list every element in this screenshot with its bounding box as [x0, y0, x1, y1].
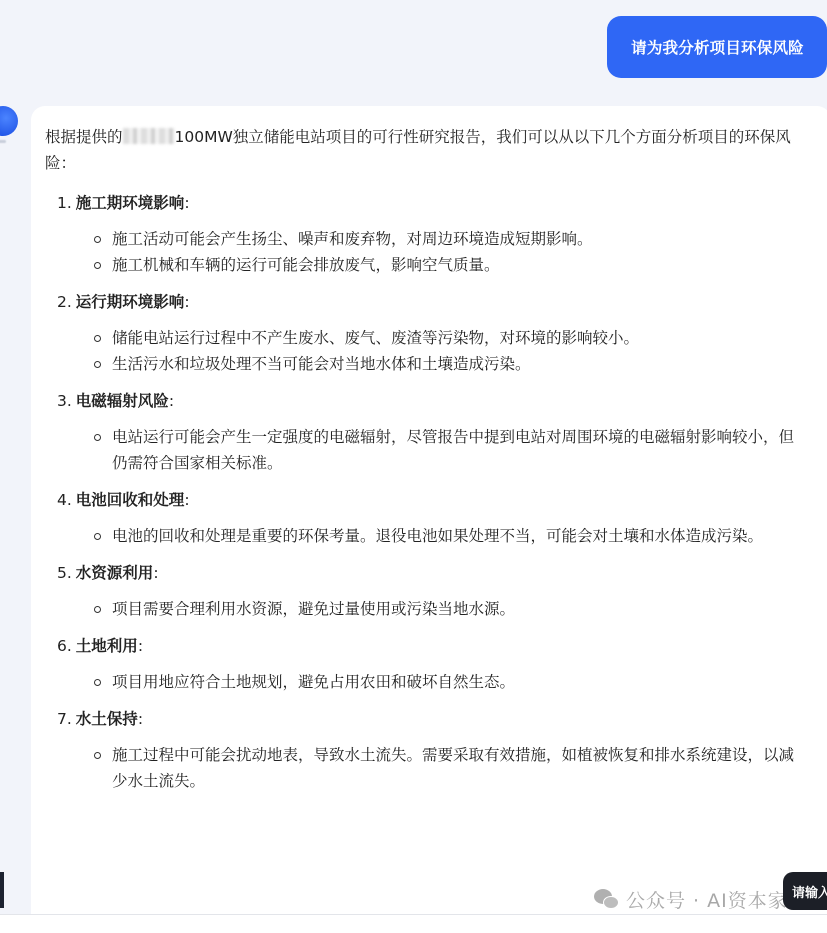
section-heading: 2.运行期环境影响: [45, 289, 809, 315]
watermark-text: 公众号 · AI资本家 [626, 886, 788, 913]
section-colon: : [138, 637, 143, 655]
section-number: 7. [57, 710, 72, 728]
risk-section: 1.施工期环境影响: 施工活动可能会产生扬尘、噪声和废弃物，对周边环境造成短期影… [45, 190, 809, 278]
section-number: 4. [57, 491, 72, 509]
bullet-item: 施工过程中可能会扰动地表，导致水土流失。需要采取有效措施，如植被恢复和排水系统建… [94, 742, 809, 794]
wechat-icon [594, 889, 620, 911]
sidebar-edge [0, 872, 4, 908]
section-colon: : [169, 392, 174, 410]
section-title: 电池回收和处理 [76, 491, 185, 509]
bullet-list: 施工活动可能会产生扬尘、噪声和废弃物，对周边环境造成短期影响。 施工机械和车辆的… [45, 226, 809, 278]
assistant-avatar [0, 106, 18, 144]
section-heading: 4.电池回收和处理: [45, 487, 809, 513]
bullet-list: 储能电站运行过程中不产生废水、废气、废渣等污染物，对环境的影响较小。 生活污水和… [45, 325, 809, 377]
watermark: 公众号 · AI资本家 [594, 886, 788, 913]
section-title: 施工期环境影响 [76, 194, 185, 212]
section-colon: : [138, 710, 143, 728]
section-number: 2. [57, 293, 72, 311]
section-colon: : [184, 491, 189, 509]
section-title: 水土保持 [76, 710, 138, 728]
risk-section: 4.电池回收和处理: 电池的回收和处理是重要的环保考量。退役电池如果处理不当，可… [45, 487, 809, 549]
risk-section: 3.电磁辐射风险: 电站运行可能会产生一定强度的电磁辐射，尽管报告中提到电站对周… [45, 388, 809, 476]
section-title: 电磁辐射风险 [76, 392, 169, 410]
bullet-list: 项目需要合理利用水资源，避免过量使用或污染当地水源。 [45, 596, 809, 622]
bottom-input-area [0, 914, 827, 933]
intro-text-start: 根据提供的 [45, 128, 123, 146]
risk-section: 2.运行期环境影响: 储能电站运行过程中不产生废水、废气、废渣等污染物，对环境的… [45, 289, 809, 377]
bullet-list: 电站运行可能会产生一定强度的电磁辐射，尽管报告中提到电站对周围环境的电磁辐射影响… [45, 424, 809, 476]
avatar-icon [0, 106, 18, 136]
section-heading: 7.水土保持: [45, 706, 809, 732]
user-message-bubble: 请为我分析项目环保风险 [607, 16, 827, 78]
section-number: 3. [57, 392, 72, 410]
section-title: 土地利用 [76, 637, 138, 655]
bullet-item: 储能电站运行过程中不产生废水、废气、废渣等污染物，对环境的影响较小。 [94, 325, 809, 351]
bullet-item: 项目需要合理利用水资源，避免过量使用或污染当地水源。 [94, 596, 809, 622]
section-heading: 3.电磁辐射风险: [45, 388, 809, 414]
bullet-list: 电池的回收和处理是重要的环保考量。退役电池如果处理不当，可能会对土壤和水体造成污… [45, 523, 809, 549]
risk-sections-list: 1.施工期环境影响: 施工活动可能会产生扬尘、噪声和废弃物，对周边环境造成短期影… [45, 190, 809, 794]
risk-section: 7.水土保持: 施工过程中可能会扰动地表，导致水土流失。需要采取有效措施，如植被… [45, 706, 809, 794]
bullet-item: 电池的回收和处理是重要的环保考量。退役电池如果处理不当，可能会对土壤和水体造成污… [94, 523, 809, 549]
section-colon: : [153, 564, 158, 582]
chat-page: 请为我分析项目环保风险 根据提供的100MW独立储能电站项目的可行性研究报告，我… [0, 0, 827, 933]
section-number: 6. [57, 637, 72, 655]
bullet-item: 电站运行可能会产生一定强度的电磁辐射，尽管报告中提到电站对周围环境的电磁辐射影响… [94, 424, 809, 476]
avatar-shadow [0, 140, 6, 143]
section-colon: : [184, 293, 189, 311]
section-heading: 5.水资源利用: [45, 560, 809, 586]
assistant-message: 根据提供的100MW独立储能电站项目的可行性研究报告，我们可以从以下几个方面分析… [31, 106, 827, 914]
input-prompt-button[interactable]: 请输入 [783, 872, 827, 910]
section-title: 运行期环境影响 [76, 293, 185, 311]
bullet-item: 施工活动可能会产生扬尘、噪声和废弃物，对周边环境造成短期影响。 [94, 226, 809, 252]
section-title: 水资源利用 [76, 564, 154, 582]
section-number: 5. [57, 564, 72, 582]
risk-section: 5.水资源利用: 项目需要合理利用水资源，避免过量使用或污染当地水源。 [45, 560, 809, 622]
bullet-item: 施工机械和车辆的运行可能会排放废气，影响空气质量。 [94, 252, 809, 278]
section-number: 1. [57, 194, 72, 212]
bullet-item: 生活污水和垃圾处理不当可能会对当地水体和土壤造成污染。 [94, 351, 809, 377]
bullet-list: 项目用地应符合土地规划，避免占用农田和破坏自然生态。 [45, 669, 809, 695]
redacted-text [123, 128, 175, 144]
section-heading: 6.土地利用: [45, 633, 809, 659]
bullet-item: 项目用地应符合土地规划，避免占用农田和破坏自然生态。 [94, 669, 809, 695]
section-colon: : [184, 194, 189, 212]
risk-section: 6.土地利用: 项目用地应符合土地规划，避免占用农田和破坏自然生态。 [45, 633, 809, 695]
section-heading: 1.施工期环境影响: [45, 190, 809, 216]
bullet-list: 施工过程中可能会扰动地表，导致水土流失。需要采取有效措施，如植被恢复和排水系统建… [45, 742, 809, 794]
assistant-intro: 根据提供的100MW独立储能电站项目的可行性研究报告，我们可以从以下几个方面分析… [45, 124, 809, 176]
